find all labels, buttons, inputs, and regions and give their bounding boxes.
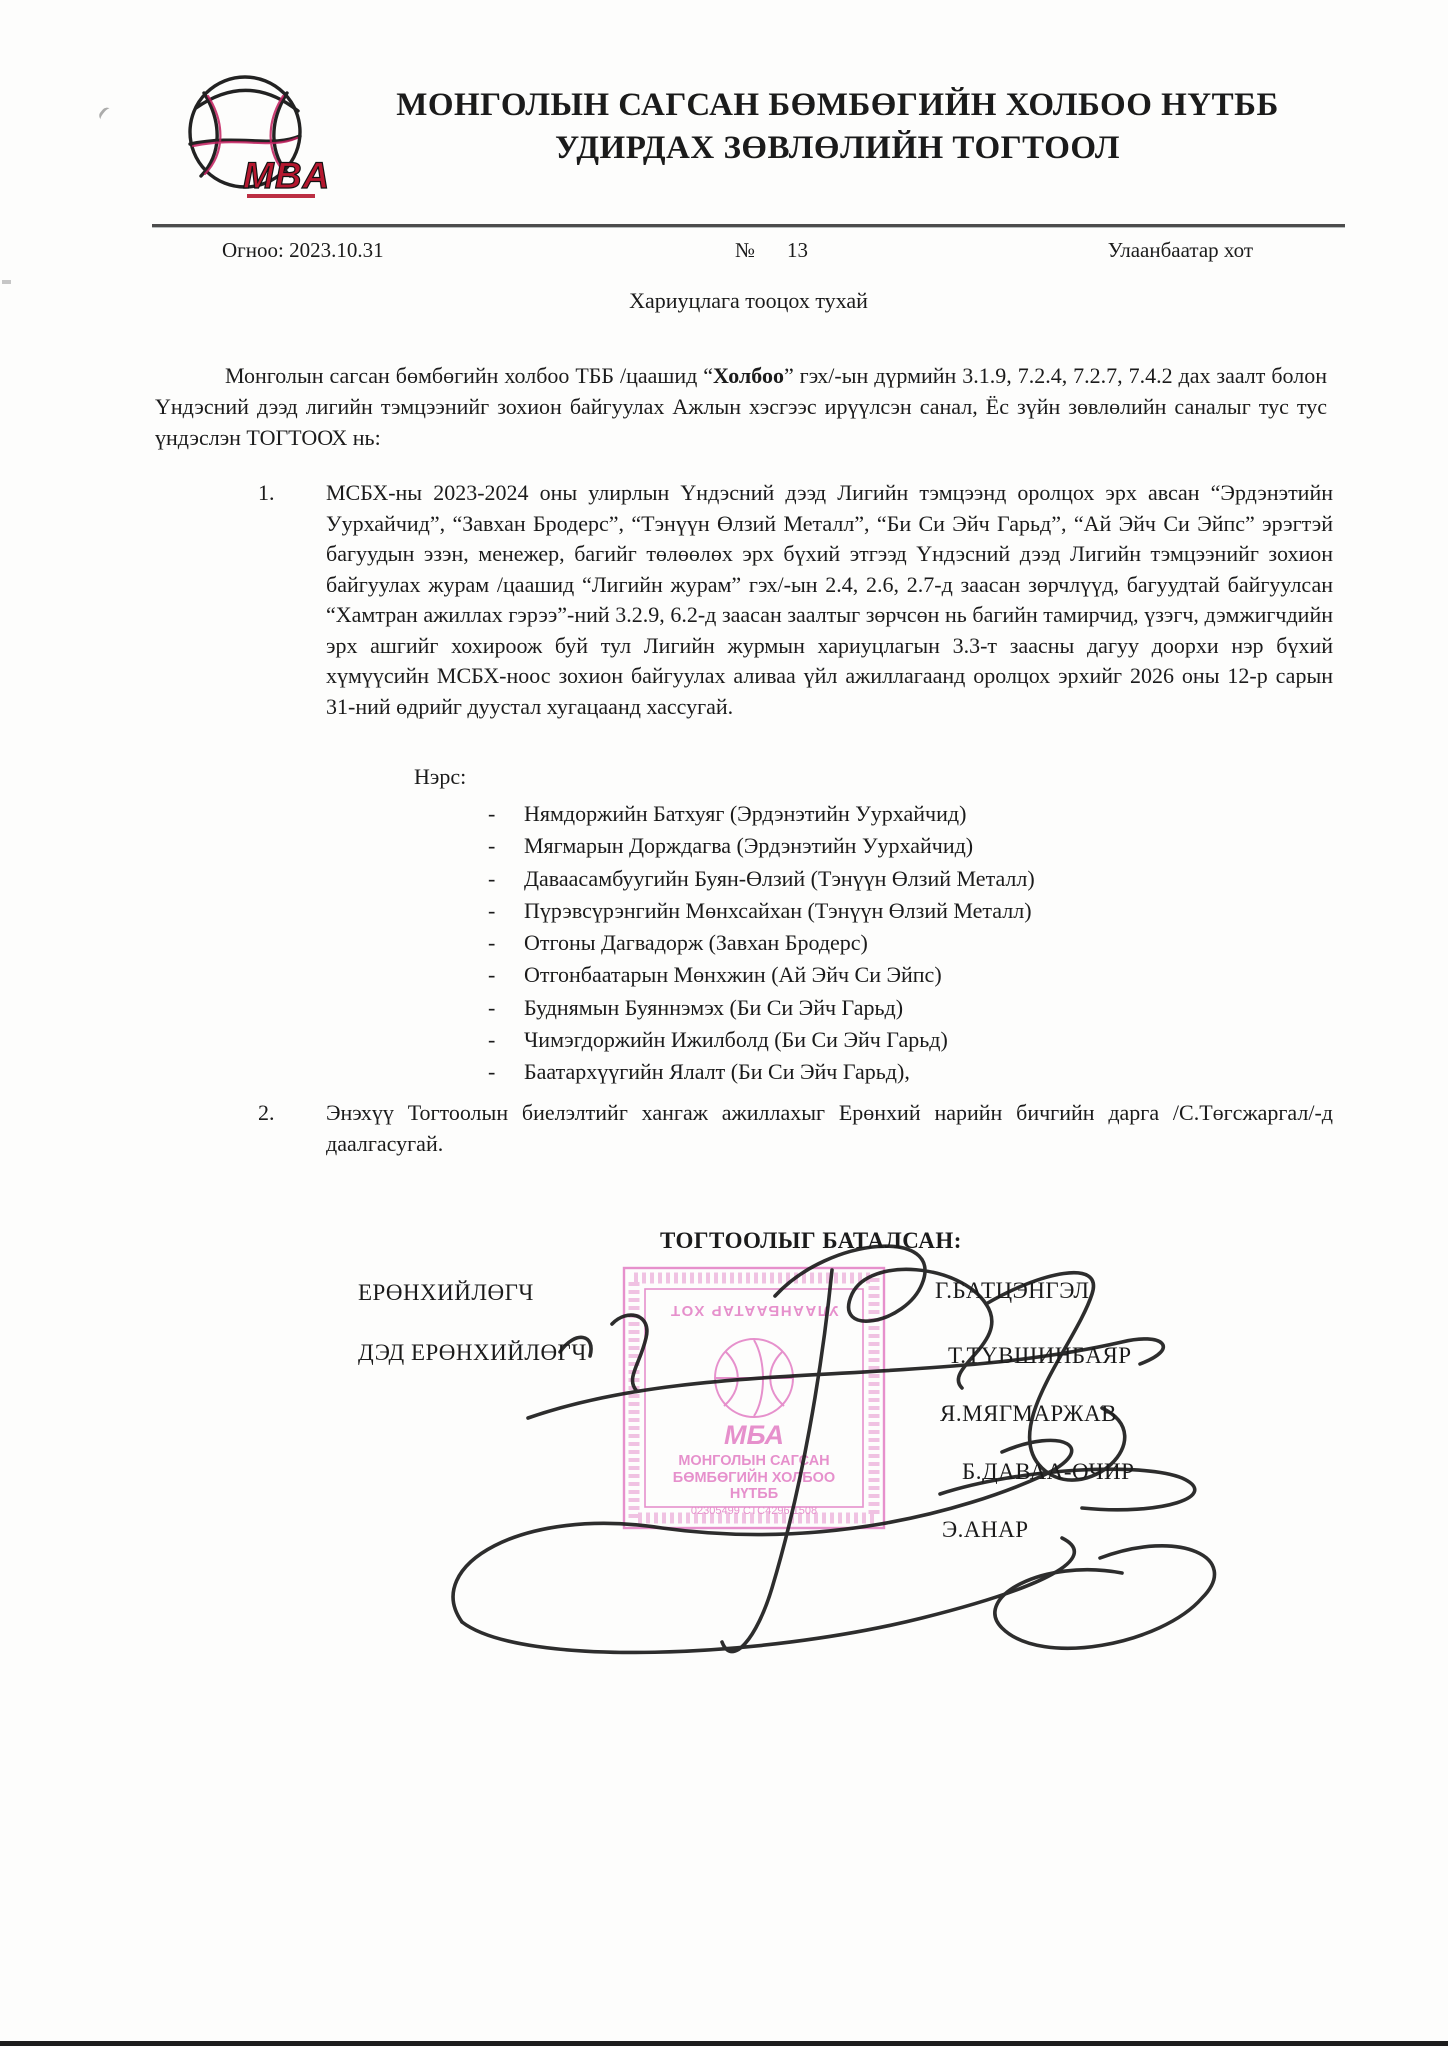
document-header: МОНГОЛЫН САГСАН БӨМБӨГИЙН ХОЛБОО НҮТББ У… bbox=[330, 84, 1345, 170]
item-number: 2. bbox=[258, 1098, 326, 1159]
dash-bullet: - bbox=[488, 830, 524, 862]
dash-bullet: - bbox=[488, 992, 524, 1024]
dash-bullet: - bbox=[488, 798, 524, 830]
signatory-name: Э.АНАР bbox=[942, 1517, 1029, 1543]
city-label: Улаанбаатар хот bbox=[1108, 238, 1253, 263]
names-label: Нэрс: bbox=[414, 764, 466, 790]
signatory-name: Г.БАТЦЭНГЭЛ bbox=[935, 1278, 1090, 1304]
resolution-item-1: 1. МСБХ-ны 2023-2024 оны улирлын Үндэсни… bbox=[258, 478, 1333, 722]
signatory-name: Т.ТҮВШИНБАЯР bbox=[948, 1343, 1132, 1369]
scan-artifact bbox=[2, 280, 11, 284]
signatory-title: ДЭД ЕРӨНХИЙЛӨГЧ bbox=[358, 1340, 587, 1366]
basketball-icon: MBA bbox=[148, 66, 343, 216]
names-list: -Нямдоржийн Батхуяг (Эрдэнэтийн Уурхайчи… bbox=[488, 798, 1035, 1089]
dash-bullet: - bbox=[488, 927, 524, 959]
dash-bullet: - bbox=[488, 1056, 524, 1088]
item-number: 1. bbox=[258, 478, 326, 722]
header-divider bbox=[152, 224, 1345, 228]
dash-bullet: - bbox=[488, 1024, 524, 1056]
document-page: MBA МОНГОЛЫН САГСАН БӨМБӨГИЙН ХОЛБОО НҮТ… bbox=[0, 0, 1448, 2048]
intro-paragraph: Монголын сагсан бөмбөгийн холбоо ТББ /ца… bbox=[155, 360, 1327, 453]
item-text: МСБХ-ны 2023-2024 оны улирлын Үндэсний д… bbox=[326, 478, 1333, 722]
list-item: -Отгонбаатарын Мөнхжин (Ай Эйч Си Эйпс) bbox=[488, 959, 1035, 991]
signatory-title: ЕРӨНХИЙЛӨГЧ bbox=[358, 1280, 534, 1306]
resolution-item-2: 2. Энэхүү Тогтоолын биелэлтийг хангаж аж… bbox=[258, 1098, 1333, 1159]
list-item: -Нямдоржийн Батхуяг (Эрдэнэтийн Уурхайчи… bbox=[488, 798, 1035, 830]
doc-type-title: УДИРДАХ ЗӨВЛӨЛИЙН ТОГТООЛ bbox=[330, 127, 1345, 170]
item-text: Энэхүү Тогтоолын биелэлтийг хангаж ажилл… bbox=[326, 1098, 1333, 1159]
mba-basketball-logo: MBA bbox=[148, 66, 343, 216]
document-number: №13 bbox=[735, 238, 808, 263]
list-item: -Баатархүүгийн Ялалт (Би Си Эйч Гарьд), bbox=[488, 1056, 1035, 1088]
signatory-name: Б.ДАВАА-ОЧИР bbox=[962, 1459, 1134, 1485]
date-label: Огноо: 2023.10.31 bbox=[222, 238, 384, 263]
list-item: -Пүрэвсүрэнгийн Мөнхсайхан (Тэнүүн Өлзий… bbox=[488, 895, 1035, 927]
list-item: -Даваасамбуугийн Буян-Өлзий (Тэнүүн Өлзи… bbox=[488, 863, 1035, 895]
approval-section: ТОГТООЛЫГ БАТАЛСАН: УЛААНБААТАР ХОТ МБА … bbox=[0, 1220, 1448, 1720]
signatory-name: Я.МЯГМАРЖАВ bbox=[940, 1401, 1117, 1427]
dash-bullet: - bbox=[488, 895, 524, 927]
list-item: -Отгоны Дагвадорж (Завхан Бродерс) bbox=[488, 927, 1035, 959]
list-item: -Буднямын Буяннэмэх (Би Си Эйч Гарьд) bbox=[488, 992, 1035, 1024]
list-item: -Чимэгдоржийн Ижилболд (Би Си Эйч Гарьд) bbox=[488, 1024, 1035, 1056]
svg-text:MBA: MBA bbox=[243, 155, 330, 196]
dash-bullet: - bbox=[488, 863, 524, 895]
scan-artifact bbox=[97, 105, 116, 124]
list-item: -Мягмарын Дорждагва (Эрдэнэтийн Уурхайчи… bbox=[488, 830, 1035, 862]
subject-title: Хариуцлага тооцох тухай bbox=[152, 288, 1345, 314]
meta-row: Огноо: 2023.10.31 №13 Улаанбаатар хот bbox=[152, 238, 1345, 268]
dash-bullet: - bbox=[488, 959, 524, 991]
org-title: МОНГОЛЫН САГСАН БӨМБӨГИЙН ХОЛБОО НҮТББ bbox=[330, 84, 1345, 127]
scan-edge-line bbox=[0, 2041, 1448, 2046]
